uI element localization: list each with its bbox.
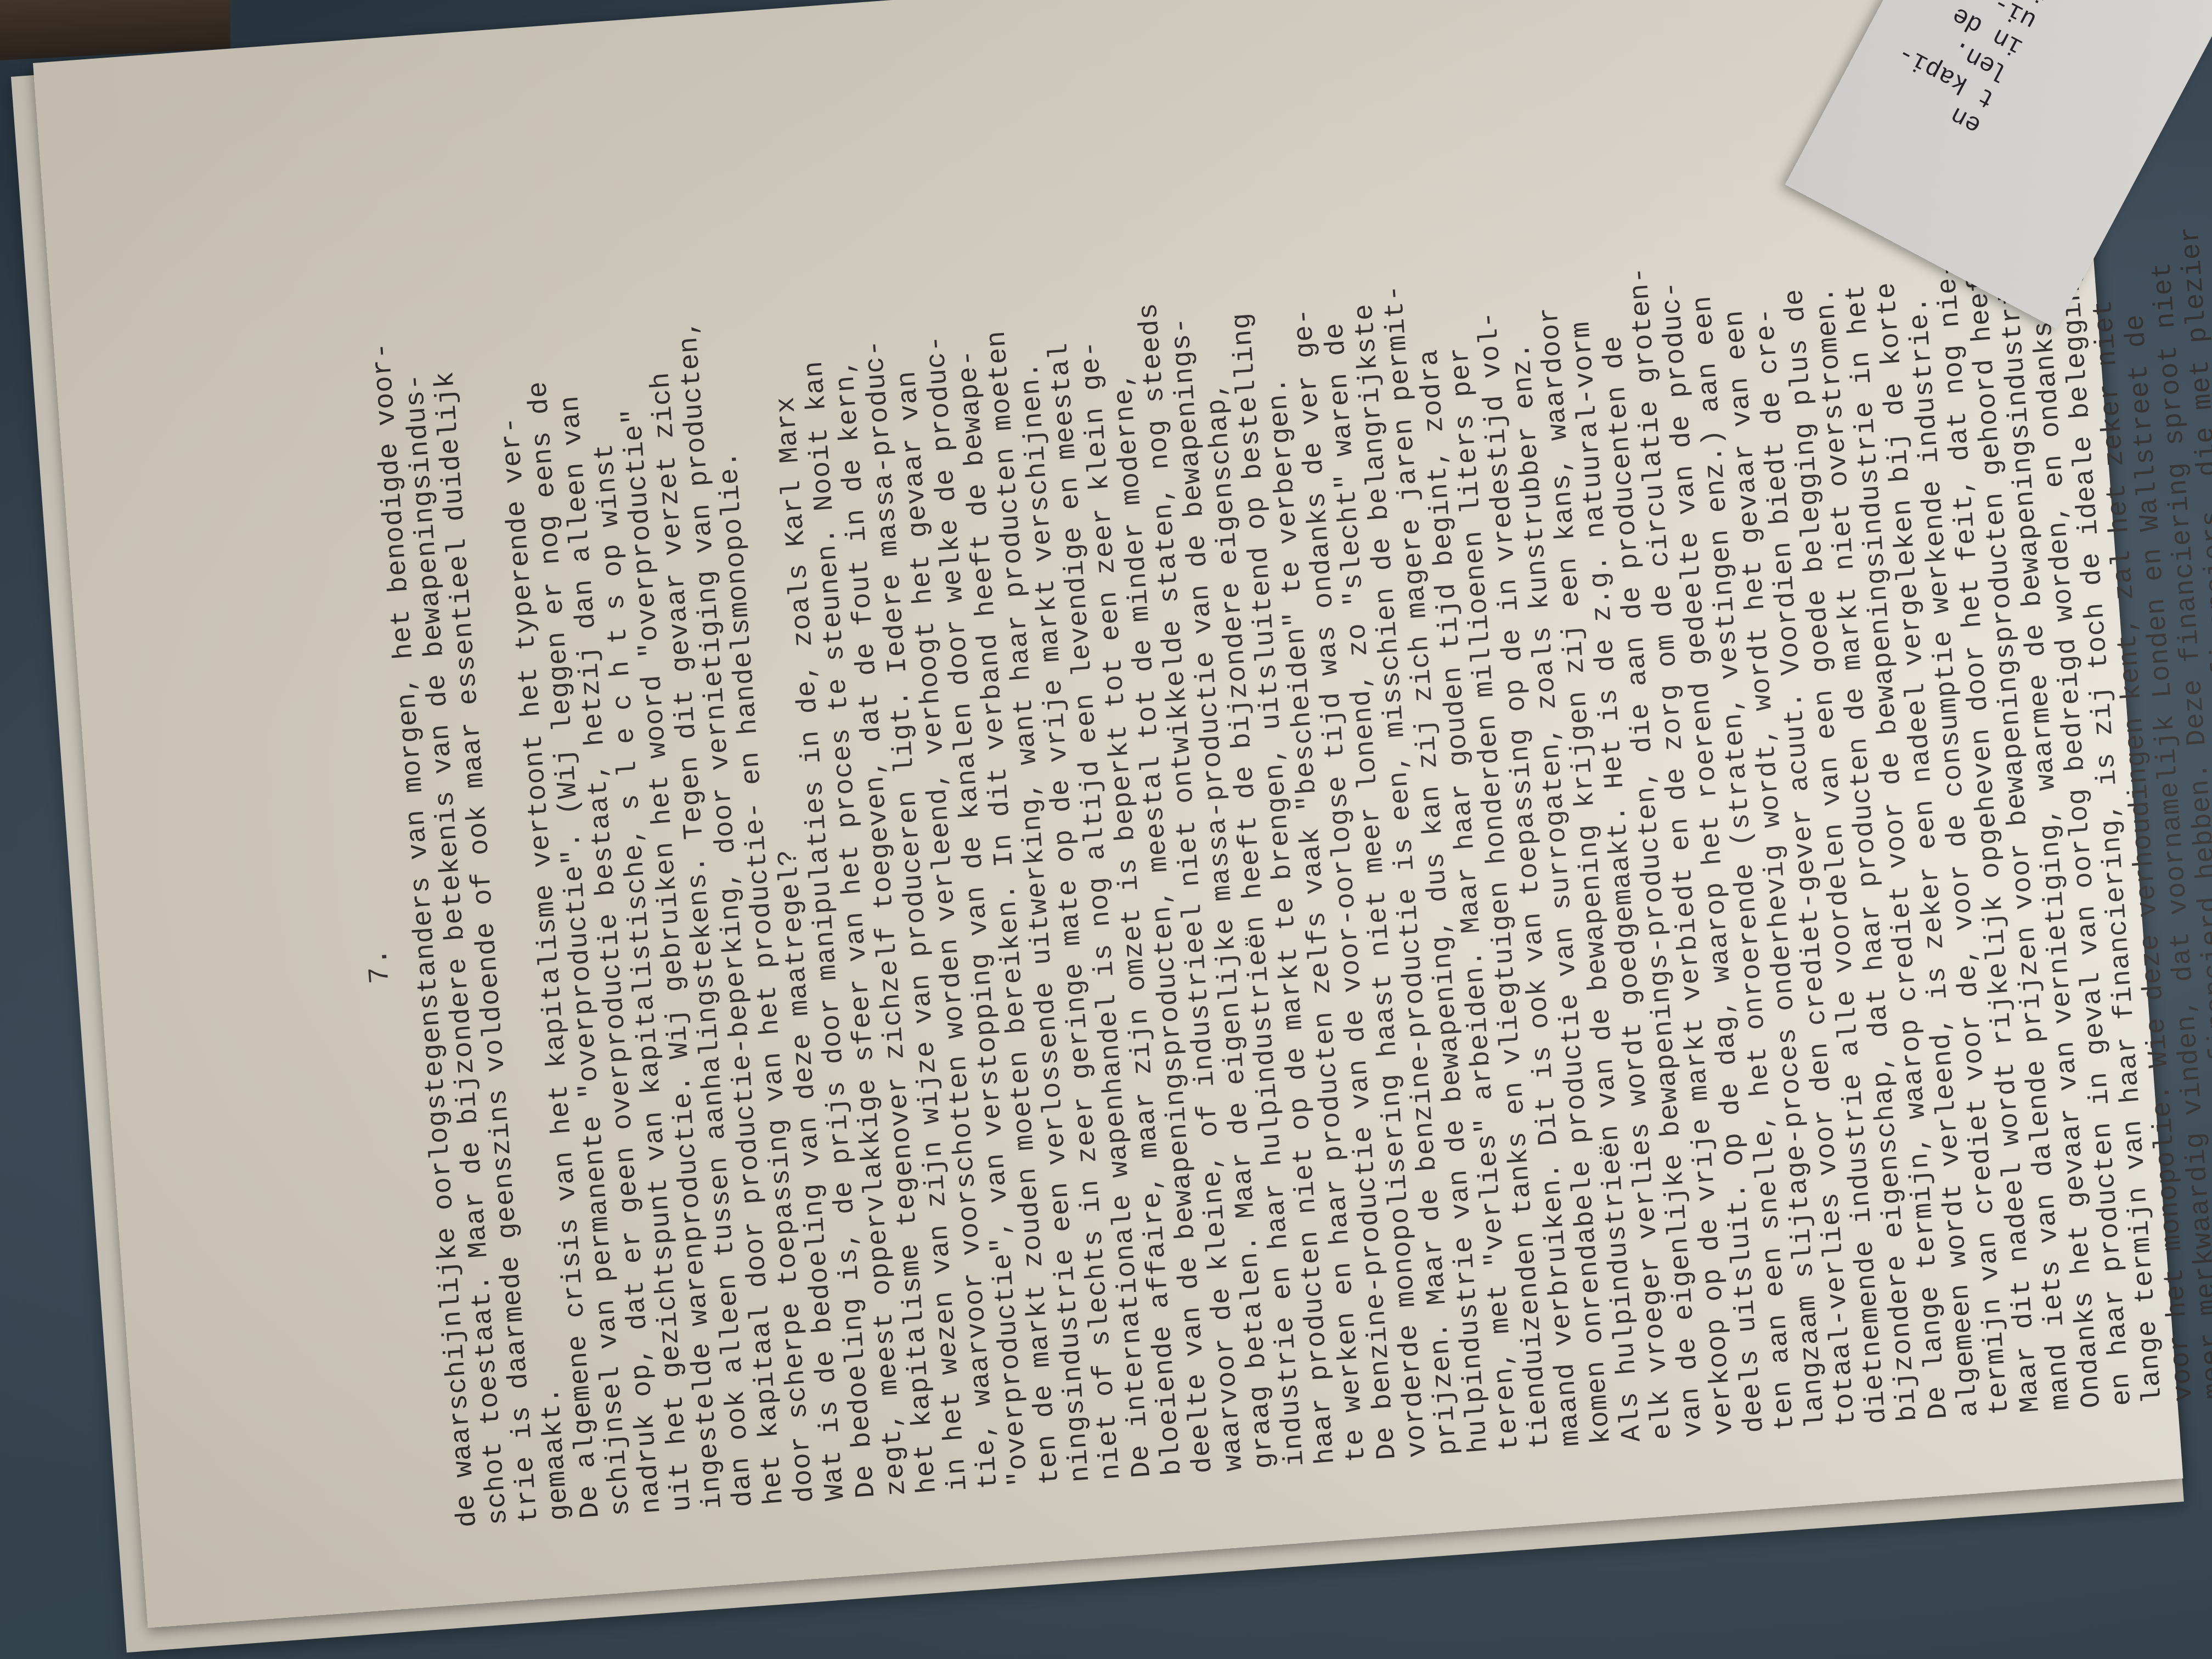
- overlapping-sheet-text: ent kapi-len.in deui-io-de: [1879, 0, 2070, 140]
- typewritten-page: 7. de waarschijnlijke oorlogstegenstande…: [33, 0, 2183, 1628]
